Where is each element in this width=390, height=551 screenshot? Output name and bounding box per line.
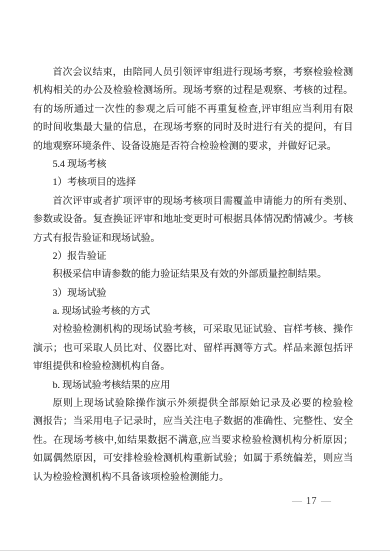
page-number-dash-right: — [321, 496, 331, 507]
page-number: —17— [288, 496, 335, 507]
section-heading-5-4: 5.4 现场考核 [33, 156, 353, 174]
paragraph-line: 测报告；当采用电子记录时，应当关注电子数据的准确性、完整性、安全 [33, 413, 353, 431]
document-page: 首次会议结束，由陪同人员引领评审组进行现场考察，考察检验检测 机构相关的办公及检… [0, 0, 390, 551]
paragraph-line: 参数或设备。复查换证评审和地址变更时可根据具体情况酌情减少。考核 [33, 211, 353, 229]
paragraph-line: 原则上现场试验除操作演示外须提供全部原始记录及必要的检验检 [33, 395, 353, 413]
paragraph-line: 审组提供和检验检测机构自备。 [33, 358, 353, 376]
paragraph-line: 性。在现场考核中,如结果数据不满意,应当要求检验检测机构分析原因； [33, 432, 353, 450]
sub-heading-b: b. 现场试验考核结果的应用 [33, 377, 353, 395]
list-heading-2: 2）报告验证 [33, 248, 353, 266]
page-number-value: 17 [306, 496, 317, 507]
paragraph-line: 的时间收集最大量的信息，在现场考察的同时及时进行有关的提问，有目 [33, 119, 353, 137]
sub-heading-a: a. 现场试验考核的方式 [33, 303, 353, 321]
paragraph-line: 机构相关的办公及检验检测场所。现场考察的过程是观察、考核的过程。 [33, 82, 353, 100]
paragraph-line: 首次评审或者扩项评审的现场考核项目需覆盖申请能力的所有类别、 [33, 193, 353, 211]
paragraph-line: 认为检验检测机构不具备该项检验检测能力。 [33, 469, 353, 487]
page-number-dash-left: — [292, 496, 302, 507]
paragraph-line: 首次会议结束，由陪同人员引领评审组进行现场考察，考察检验检测 [33, 64, 353, 82]
list-heading-1: 1）考核项目的选择 [33, 174, 353, 192]
document-text-block: 首次会议结束，由陪同人员引领评审组进行现场考察，考察检验检测 机构相关的办公及检… [33, 64, 353, 487]
paragraph-line: 对检验检测机构的现场试验考核，可采取见证试验、盲样考核、操作 [33, 321, 353, 339]
paragraph-line: 有的场所通过一次性的参观之后可能不再重复检查,评审组应当利用有限 [33, 101, 353, 119]
paragraph-line: 演示；也可采取人员比对、仪器比对、留样再测等方式。样品来源包括评 [33, 340, 353, 358]
list-heading-3: 3）现场试验 [33, 285, 353, 303]
paragraph-line: 方式有报告验证和现场试验。 [33, 230, 353, 248]
paragraph-line: 积极采信申请参数的能力验证结果及有效的外部质量控制结果。 [33, 266, 353, 284]
paragraph-line: 如属偶然原因，可安排检验检测机构重新试验；如属于系统偏差，则应当 [33, 450, 353, 468]
paragraph-line: 的地观察环境条件、设备设施是否符合检验检测的要求，并做好记录。 [33, 138, 353, 156]
